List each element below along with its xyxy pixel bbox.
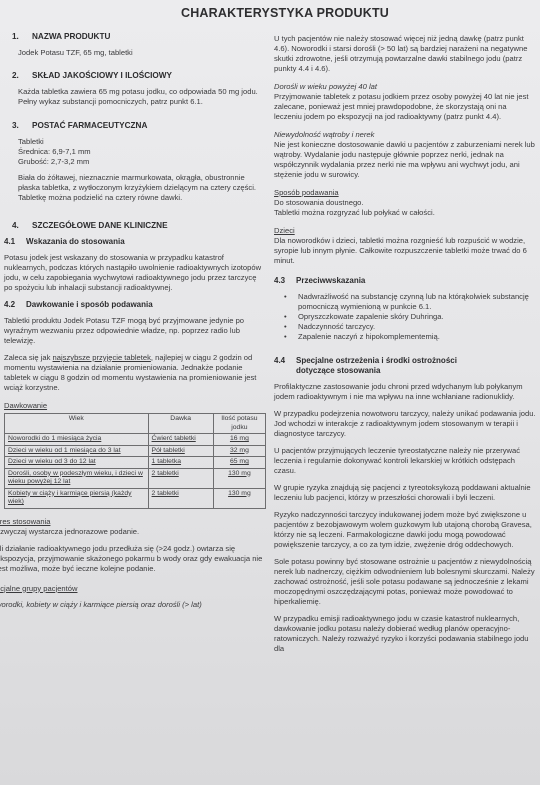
cell-age: Noworodki do 1 miesiąca życia	[5, 434, 149, 446]
dosing-paragraph-1: Tabletki produktu Jodek Potasu TZF mogą …	[4, 316, 266, 346]
section-4-1-heading: 4.1Wskazania do stosowania	[4, 237, 266, 247]
adults-40-text: Przyjmowanie tabletek z potasu jodkiem p…	[274, 92, 536, 122]
document-title: CHARAKTERYSTYKA PRODUKTU	[0, 6, 540, 20]
children-text: Dla noworodków i dzieci, tabletki można …	[274, 236, 536, 266]
cell-amount: 32 mg	[213, 445, 265, 457]
cell-age: Dzieci w wieku od 1 miesiąca do 3 lat	[5, 445, 149, 457]
warnings-paragraph-1: Profilaktyczne zastosowanie jodu chroni …	[274, 382, 536, 402]
list-item: Zapalenie naczyń z hipokomplementemią.	[292, 332, 536, 342]
table-row: Dzieci w wieku od 1 miesiąca do 3 latPół…	[5, 445, 266, 457]
cell-dose: 2 tabletki	[148, 488, 213, 508]
insufficiency-text: Nie jest konieczne dostosowanie dawki u …	[274, 140, 536, 180]
list-item: Opryszczkowate zapalenie skóry Duhringa.	[292, 312, 536, 322]
cell-dose: Pół tabletki	[148, 445, 213, 457]
warnings-paragraph-4: W grupie ryzyka znajdują się pacjenci z …	[274, 483, 536, 503]
indications-text: Potasu jodek jest wskazany do stosowania…	[4, 253, 266, 293]
cell-amount: 130 mg	[213, 468, 265, 488]
administration-line-2: Tabletki można rozgryzać lub połykać w c…	[274, 208, 536, 218]
contraindications-list: Nadwrażliwość na substancję czynną lub n…	[274, 292, 536, 342]
pharma-form: Tabletki Średnica: 6,9-7,1 mm Grubość: 2…	[4, 137, 266, 167]
administration-label: Sposób podawania	[274, 188, 536, 198]
section-4-3-heading: 4.3Przeciwwskazania	[274, 276, 536, 286]
dosing-table: Wiek Dawka Ilość potasu jodku Noworodki …	[4, 413, 266, 509]
tablet-description: Biała do żółtawej, nieznacznie marmurkow…	[4, 173, 266, 203]
cell-dose: 1 tabletka	[148, 457, 213, 469]
adults-40-label: Dorośli w wieku powyżej 40 lat	[274, 82, 536, 92]
section-2-heading: 2.SKŁAD JAKOŚCIOWY I ILOŚCIOWY	[4, 71, 266, 81]
composition-text: Każda tabletka zawiera 65 mg potasu jodk…	[4, 87, 266, 107]
cell-age: Kobiety w ciąży i karmiące piersią (każd…	[5, 488, 149, 508]
list-item: Nadczynność tarczycy.	[292, 322, 536, 332]
warnings-paragraph-6: Sole potasu powinny być stosowane ostroż…	[274, 557, 536, 607]
section-4-heading: 4.SZCZEGÓŁOWE DANE KLINICZNE	[4, 221, 266, 231]
list-item: Nadwrażliwość na substancję czynną lub n…	[292, 292, 536, 312]
cell-dose: Ćwierć tabletki	[148, 434, 213, 446]
warnings-paragraph-5: Ryzyko nadczynności tarczycy indukowanej…	[274, 510, 536, 550]
section-1-heading: 1.NAZWA PRODUKTU	[4, 32, 266, 42]
dosing-paragraph-2: Zaleca się jak najszybsze przyjęcie tabl…	[4, 353, 266, 393]
cell-dose: 2 tabletki	[148, 468, 213, 488]
column-header-age: Wiek	[5, 414, 149, 434]
warnings-paragraph-7: W przypadku emisji radioaktywnego jodu w…	[274, 614, 536, 654]
table-row: Noworodki do 1 miesiąca życiaĆwierć tabl…	[5, 434, 266, 446]
document-page: CHARAKTERYSTYKA PRODUKTU 1.NAZWA PRODUKT…	[0, 0, 540, 785]
cell-age: Dorośli, osoby w podeszłym wieku, i dzie…	[5, 468, 149, 488]
duration-block: kres stosowania azwyczaj wystarcza jedno…	[0, 517, 266, 610]
cell-amount: 16 mg	[213, 434, 265, 446]
column-header-dose: Dawka	[148, 414, 213, 434]
warnings-paragraph-2: W przypadku podejrzenia nowotworu tarczy…	[274, 409, 536, 439]
dosing-label: Dawkowanie	[4, 401, 266, 411]
elderly-warning: U tych pacjentów nie należy stosować wię…	[274, 34, 536, 74]
column-header-amount: Ilość potasu jodku	[213, 414, 265, 434]
product-name: Jodek Potasu TZF, 65 mg, tabletki	[4, 48, 266, 58]
section-3-heading: 3.POSTAĆ FARMACEUTYCZNA	[4, 121, 266, 131]
administration-line-1: Do stosowania doustnego.	[274, 198, 536, 208]
table-header-row: Wiek Dawka Ilość potasu jodku	[5, 414, 266, 434]
insufficiency-label: Niewydolność wątroby i nerek	[274, 130, 536, 140]
cell-amount: 65 mg	[213, 457, 265, 469]
section-4-4-heading: 4.4Specjalne ostrzeżenia i środki ostroż…	[274, 356, 536, 376]
warnings-paragraph-3: U pacjentów przyjmujących leczenie tyreo…	[274, 446, 536, 476]
table-row: Dzieci w wieku od 3 do 12 lat1 tabletka6…	[5, 457, 266, 469]
right-column: U tych pacjentów nie należy stosować wię…	[274, 34, 536, 661]
children-label: Dzieci	[274, 226, 536, 236]
section-4-2-heading: 4.2Dawkowanie i sposób podawania	[4, 300, 266, 310]
cell-age: Dzieci w wieku od 3 do 12 lat	[5, 457, 149, 469]
left-column: 1.NAZWA PRODUKTU Jodek Potasu TZF, 65 mg…	[4, 32, 266, 617]
table-row: Dorośli, osoby w podeszłym wieku, i dzie…	[5, 468, 266, 488]
cell-amount: 130 mg	[213, 488, 265, 508]
table-row: Kobiety w ciąży i karmiące piersią (każd…	[5, 488, 266, 508]
